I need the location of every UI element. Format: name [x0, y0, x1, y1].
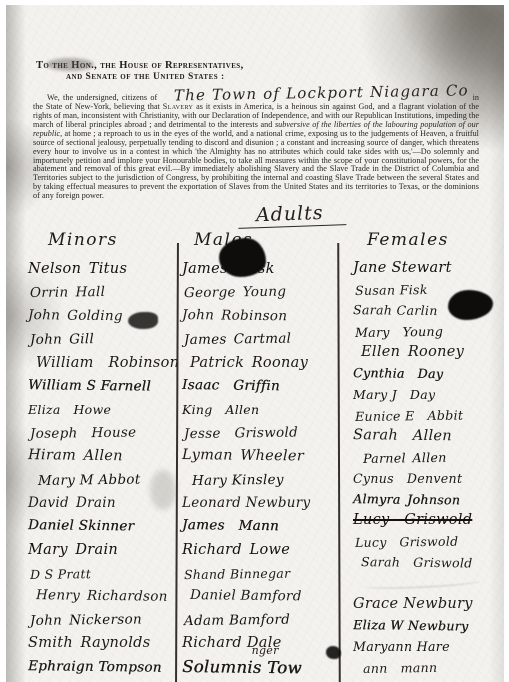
ink-smudge	[150, 470, 176, 510]
signature: John Gill	[30, 327, 178, 352]
signature: William S Farnell	[28, 374, 176, 399]
signature: Lucy Griswold	[355, 530, 505, 553]
petition-document-scan: To the Hon., the House of Representative…	[0, 0, 509, 682]
ink-blot	[219, 238, 266, 277]
signature: William Robinson	[36, 352, 176, 375]
signature-column-minors: MinorsNelson TitusOrrin HallJohn Golding…	[28, 230, 176, 682]
ink-blot	[326, 646, 341, 659]
signature: Richard Lowe	[182, 539, 345, 562]
petition-text-segment: We, the undersigned, citizens of	[47, 93, 160, 102]
signature: Parnel Allen	[363, 446, 505, 469]
signature: James Mann	[182, 514, 345, 539]
signature: Solumnis Tow	[182, 655, 345, 680]
signature: Maryann Hare	[353, 636, 503, 657]
signature: Jane Stewart	[353, 258, 503, 279]
signature: Sarah Griswold	[361, 551, 503, 574]
signature: John Robinson	[182, 304, 345, 329]
signature: George Young	[184, 280, 347, 306]
signature: John Nickerson	[30, 608, 178, 633]
salutation-line-2: and Senate of the United States :	[66, 72, 244, 82]
signature: Leonard Newbury	[182, 492, 345, 515]
column-header-minors: Minors	[48, 230, 176, 256]
signature: Isaac Griffin	[182, 374, 345, 399]
signature: Cynus Denvent	[353, 468, 503, 489]
signature: Cynthia Day	[353, 362, 503, 385]
signature: ann mann	[363, 656, 505, 679]
signature: Hiram Allen	[28, 444, 176, 469]
signature: Nelson Titus	[28, 258, 176, 281]
signature-columns: MinorsNelson TitusOrrin HallJohn Golding…	[28, 230, 503, 682]
signature: D S Pratt	[30, 561, 178, 586]
petition-paragraph: We, the undersigned, citizens of The Tow…	[33, 94, 479, 201]
signature: Richard Dalenger	[182, 632, 345, 655]
petition-text-segment: at home ; a reproach to us in the eyes o…	[33, 129, 479, 200]
signature: Shand Binnegar	[184, 561, 347, 587]
signature: Daniel Bamford	[190, 585, 345, 610]
column-header-females: Females	[367, 230, 503, 256]
adults-heading: Adults	[238, 201, 346, 229]
signature: Henry Richardson	[36, 585, 176, 610]
signature: Eliza Howe	[28, 398, 176, 421]
signature: Mary Drain	[28, 539, 176, 562]
signature: Almyra Johnson	[353, 488, 503, 511]
signature: Hary Kinsley	[192, 467, 347, 493]
signature: Lyman Wheeler	[182, 444, 345, 469]
ink-smudge	[46, 58, 94, 71]
column-header-males: Males	[194, 230, 345, 256]
signature-list-females: Jane StewartSusan FiskSarah CarlinMary Y…	[353, 258, 503, 678]
signature: Daniel Skinner	[28, 514, 176, 539]
signature: James Cartmal	[184, 327, 347, 353]
signature: Grace Newbury	[353, 594, 503, 615]
signature-list-males: James FiskGeorge YoungJohn RobinsonJames…	[182, 258, 345, 679]
signature: Mary J Day	[353, 384, 503, 405]
signature: Orrin Hall	[30, 280, 178, 305]
signature: King Allen	[182, 398, 345, 421]
signature: Adam Bamford	[184, 608, 347, 634]
faint-pencil-inscription	[355, 572, 505, 595]
signature: Lucy Griswold	[353, 510, 503, 531]
signature: Sarah Allen	[353, 425, 503, 448]
ink-blot	[128, 312, 158, 329]
signature-column-males: MalesJames FiskGeorge YoungJohn Robinson…	[176, 230, 345, 682]
signature: Mary Young	[355, 320, 505, 343]
signature: Eliza W Newbury	[353, 614, 503, 637]
signature: Joseph House	[30, 421, 178, 446]
signature: Jesse Griswold	[184, 421, 347, 447]
signature: Patrick Roonay	[190, 352, 345, 375]
signature: Ephraign Tompson	[28, 655, 176, 680]
signature: Smith Raynolds	[28, 632, 176, 655]
signature: Eunice E Abbit	[355, 404, 505, 427]
signature: Ellen Rooney	[361, 342, 503, 363]
